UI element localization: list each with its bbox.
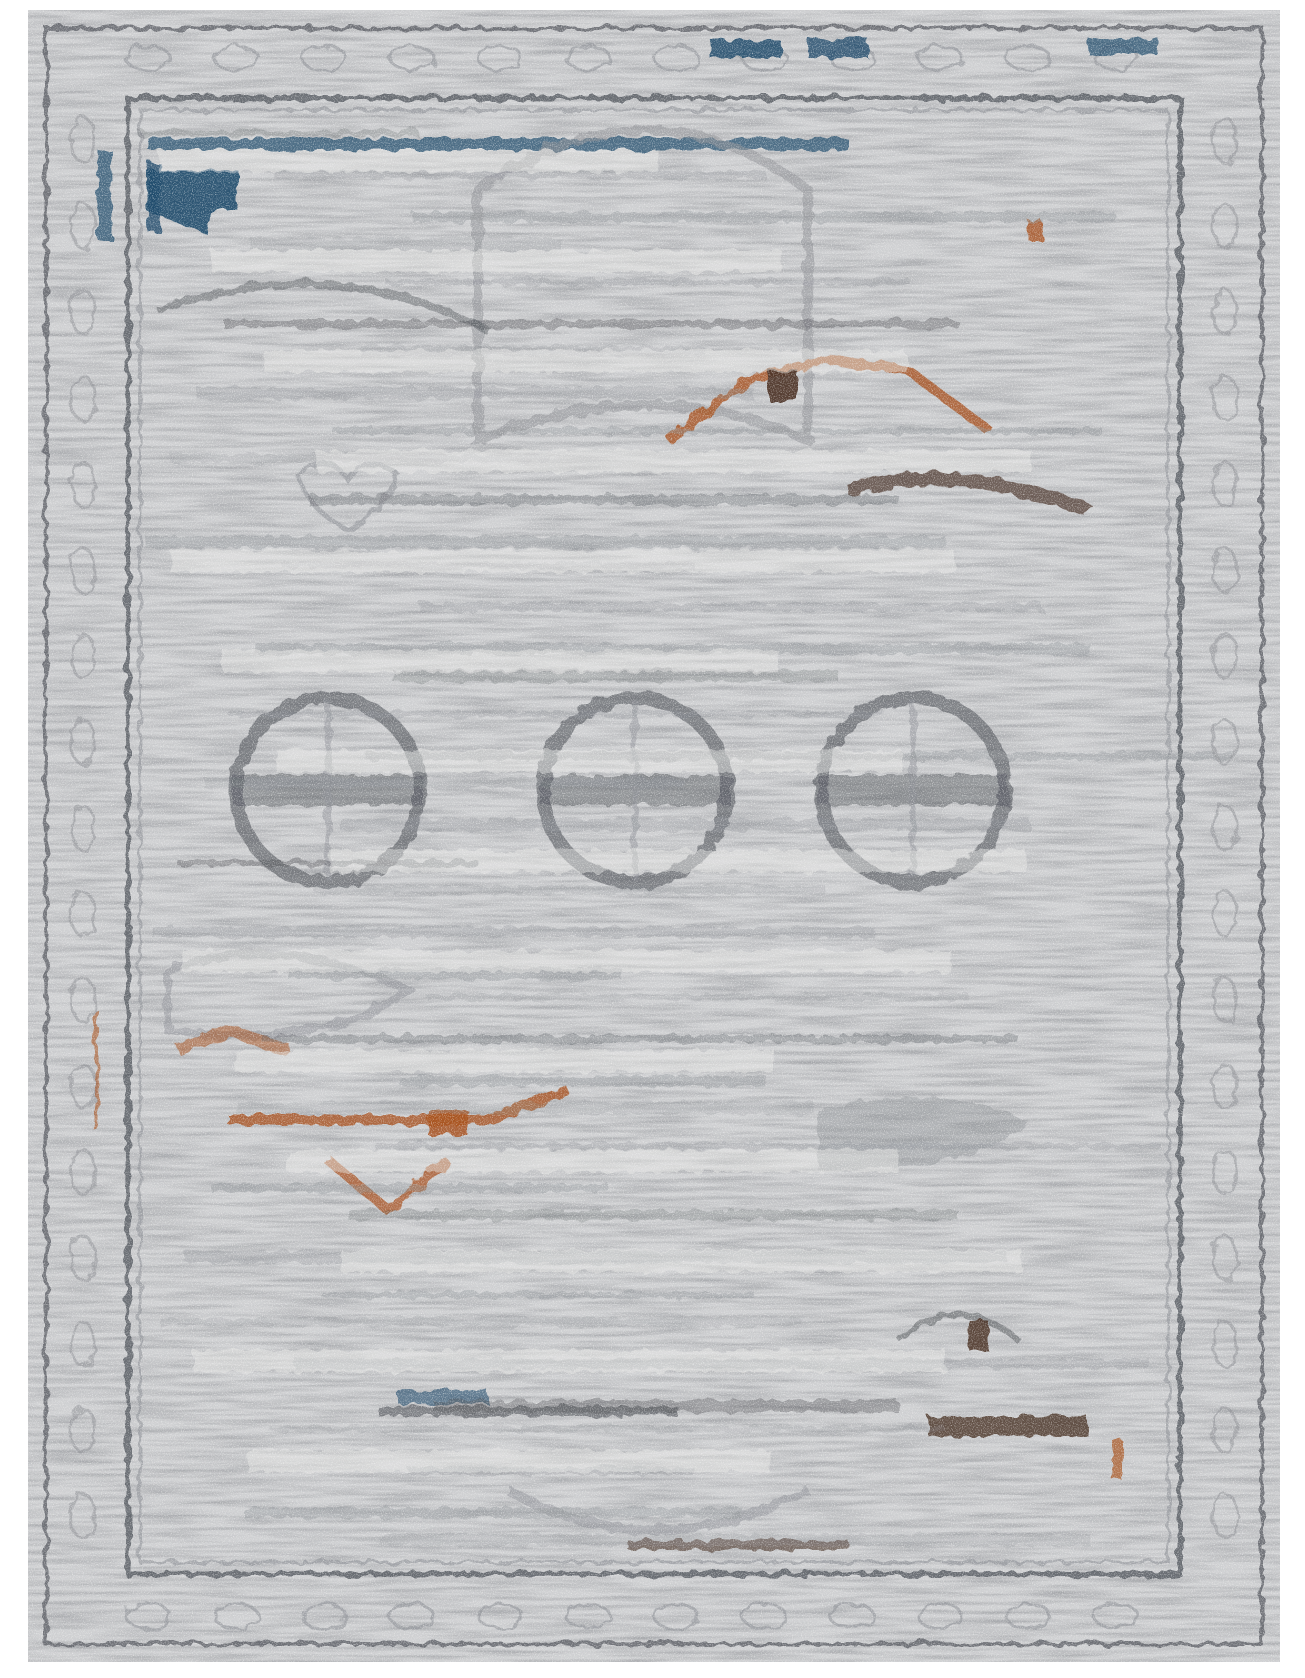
rug-pattern (28, 10, 1280, 1662)
rug-photo (28, 10, 1280, 1662)
